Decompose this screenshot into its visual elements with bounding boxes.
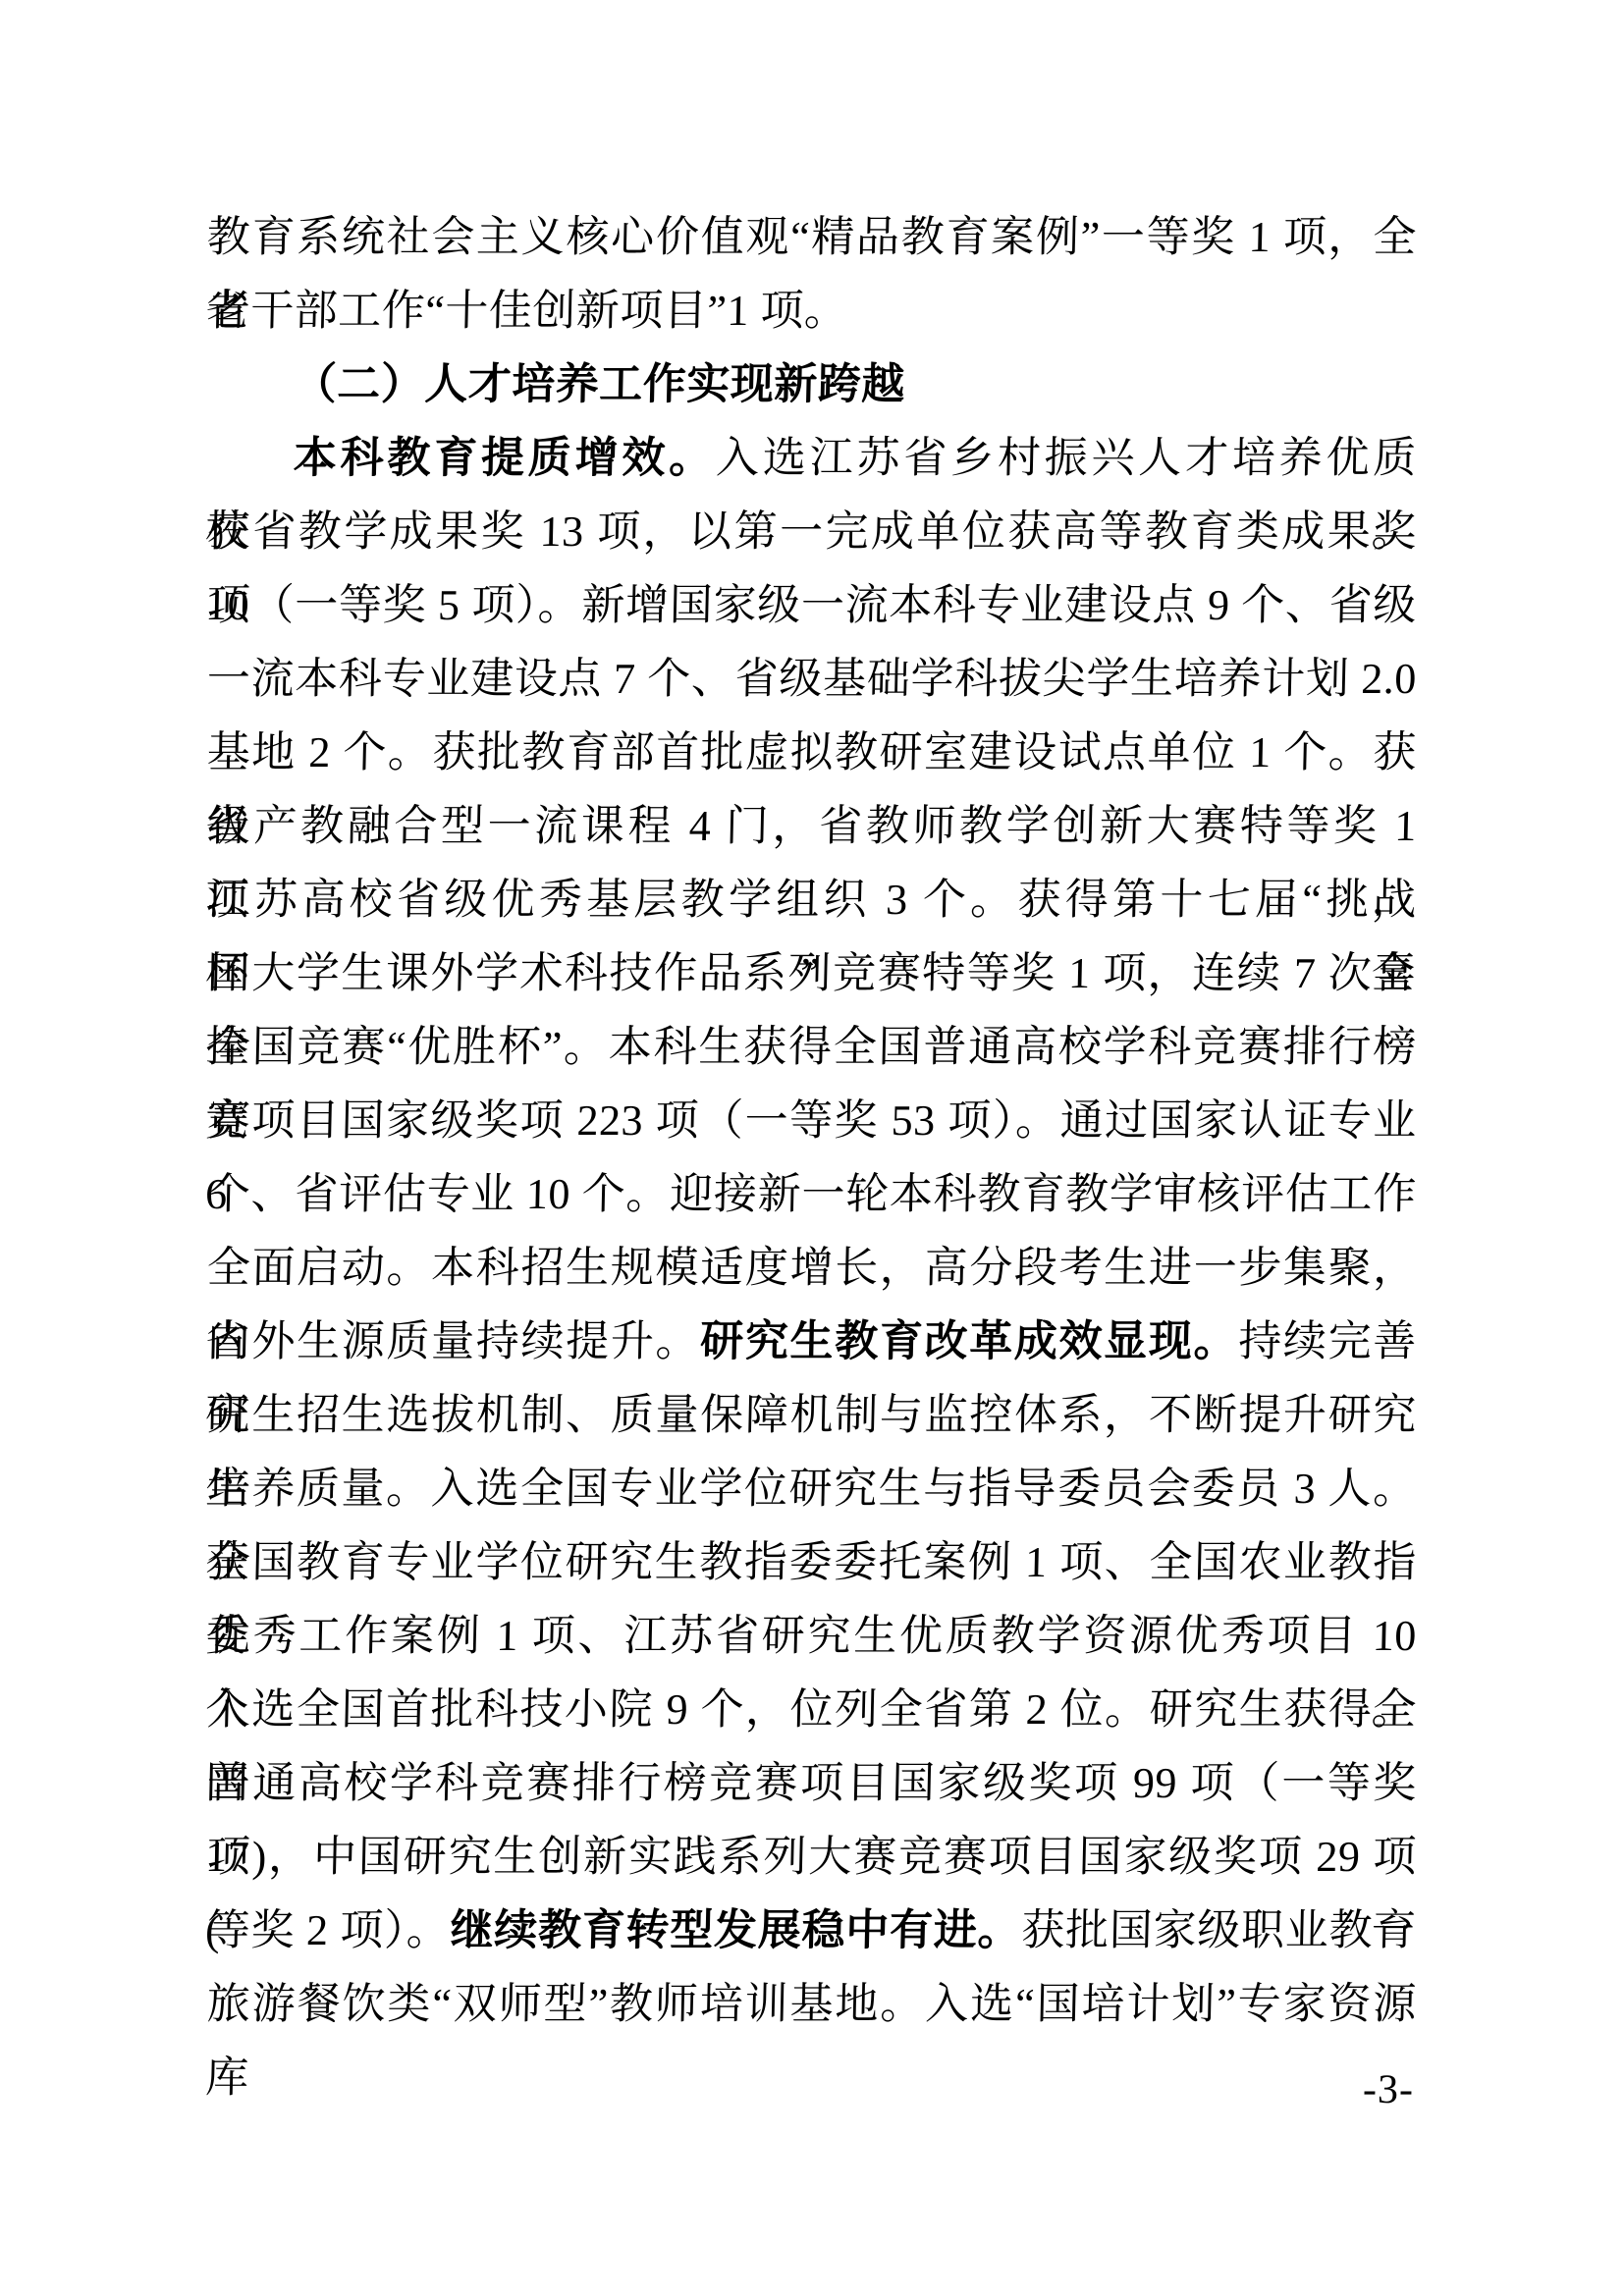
body-text: 项（一等奖 5 项）。新增国家级一流本科专业建设点 9 个、省级 xyxy=(206,581,1417,629)
text-line: 究生招生选拔机制、质量保障机制与监控体系，不断提升研究生 xyxy=(206,1378,1418,1452)
text-line: 等奖 2 项）。继续教育转型发展稳中有进。获批国家级职业教育 xyxy=(206,1894,1418,1967)
text-line: 个、省评估专业 10 个。迎接新一轮本科教育教学审核评估工作 xyxy=(206,1157,1418,1231)
text-line: （二）人才培养工作实现新跨越 xyxy=(206,347,1418,421)
emphasis-text: 本科教育提质增效。 xyxy=(293,434,716,482)
emphasis-text: 研究生教育改革成效显现。 xyxy=(700,1317,1239,1365)
text-line: 项（一等奖 5 项）。新增国家级一流本科专业建设点 9 个、省级 xyxy=(206,568,1418,642)
text-line: 一流本科专业建设点 7 个、省级基础学科拔尖学生培养计划 2.0 xyxy=(206,642,1418,716)
body-text: 旅游餐饮类“双师型”教师培训基地。入选“国培计划”专家资源库 xyxy=(205,1980,1418,2102)
body-text: 内外生源质量持续提升。 xyxy=(206,1317,701,1365)
text-line: 全国教育专业学位研究生教指委委托案例 1 项、全国农业教指委 xyxy=(206,1525,1418,1599)
text-content: 教育系统社会主义核心价值观“精品教育案例”一等奖 1 项，全省老干部工作“十佳创… xyxy=(206,200,1416,2041)
page-number: -3- xyxy=(1362,2066,1414,2113)
text-line: 赛项目国家级奖项 223 项（一等奖 53 项）。通过国家认证专业 6 xyxy=(206,1084,1418,1157)
text-line: 获省教学成果奖 13 项，以第一完成单位获高等教育类成果奖 10 xyxy=(206,495,1418,568)
text-line: 旅游餐饮类“双师型”教师培训基地。入选“国培计划”专家资源库 xyxy=(206,1967,1418,2041)
text-line: 入选全国首批科技小院 9 个，位列全省第 2 位。研究生获得全国 xyxy=(206,1673,1418,1746)
body-text: 个、省评估专业 10 个。迎接新一轮本科教育教学审核评估工作 xyxy=(206,1170,1417,1218)
text-line: 优秀工作案例 1 项、江苏省研究生优质教学资源优秀项目 10 个。 xyxy=(206,1599,1418,1673)
document-page: 教育系统社会主义核心价值观“精品教育案例”一等奖 1 项，全省老干部工作“十佳创… xyxy=(0,0,1624,2296)
text-line: 老干部工作“十佳创新项目”1 项。 xyxy=(206,274,1418,347)
text-line: 普通高校学科竞赛排行榜竞赛项目国家级奖项 99 项（一等奖 17 xyxy=(206,1746,1418,1820)
body-text: 等奖 2 项）。 xyxy=(206,1906,451,1954)
text-line: 培养质量。入选全国专业学位研究生与指导委员会委员 3 人。获 xyxy=(206,1452,1418,1525)
text-line: 内外生源质量持续提升。研究生教育改革成效显现。持续完善研 xyxy=(206,1305,1418,1378)
text-line: 基地 2 个。获批教育部首批虚拟教研室建设试点单位 1 个。获省 xyxy=(206,716,1418,789)
text-line: 江苏高校省级优秀基层教学组织 3 个。获得第十七届“挑战杯”全 xyxy=(206,863,1418,936)
body-text: 一流本科专业建设点 7 个、省级基础学科拔尖学生培养计划 2.0 xyxy=(206,655,1417,703)
text-line: 项)，中国研究生创新实践系列大赛竞赛项目国家级奖项 29 项(一 xyxy=(206,1820,1418,1894)
text-line: 级产教融合型一流课程 4 门，省教师教学创新大赛特等奖 1 项， xyxy=(206,789,1418,863)
text-line: 全面启动。本科招生规模适度增长，高分段考生进一步集聚，省 xyxy=(206,1231,1418,1305)
text-line: 教育系统社会主义核心价值观“精品教育案例”一等奖 1 项，全省 xyxy=(206,200,1418,274)
emphasis-text: （二）人才培养工作实现新跨越 xyxy=(293,360,905,408)
emphasis-text: 继续教育转型发展稳中有进。 xyxy=(450,1906,1022,1954)
text-line: 本科教育提质增效。入选江苏省乡村振兴人才培养优质校。 xyxy=(206,421,1418,495)
body-text: 老干部工作“十佳创新项目”1 项。 xyxy=(206,287,848,335)
text-line: 国大学生课外学术科技作品系列竞赛特等奖 1 项，连续 7 次喜捧 xyxy=(206,936,1418,1010)
body-text: 获批国家级职业教育 xyxy=(1021,1906,1418,1954)
text-line: 全国竞赛“优胜杯”。本科生获得全国普通高校学科竞赛排行榜竞 xyxy=(206,1010,1418,1084)
